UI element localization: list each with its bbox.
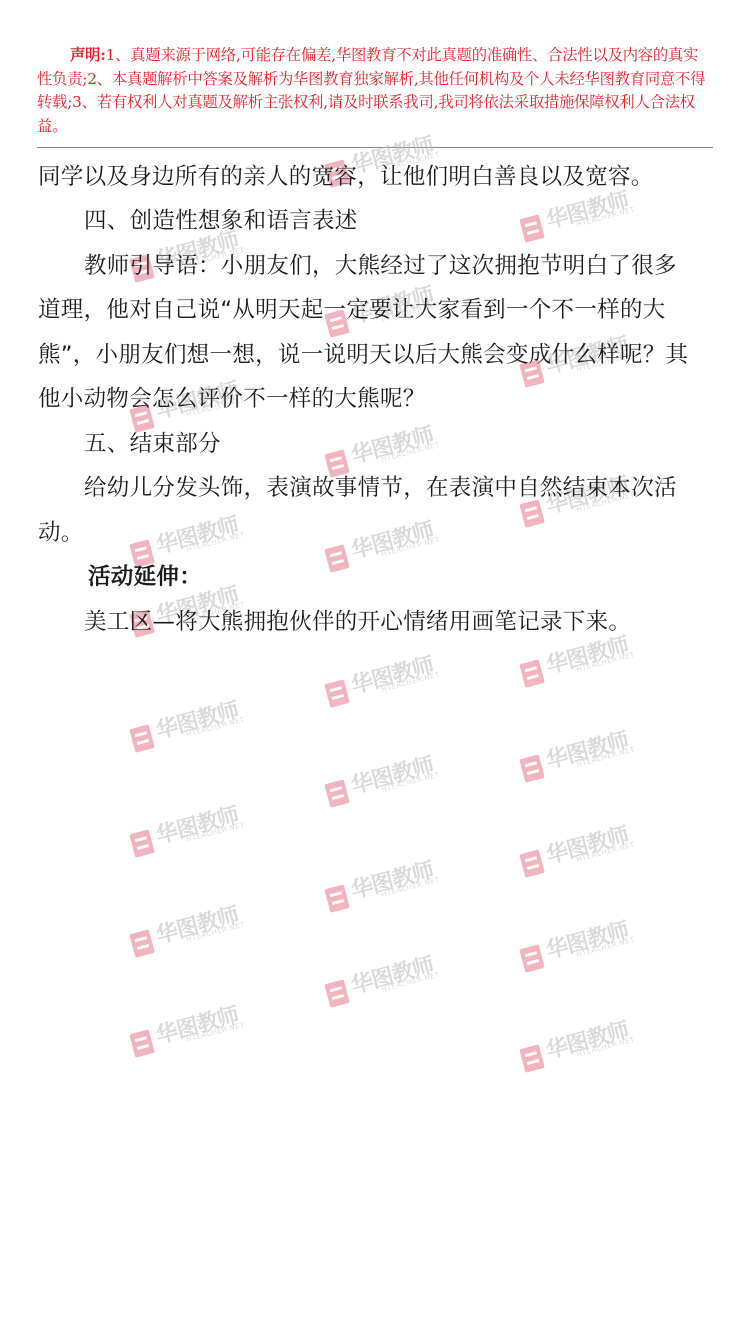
watermark-logo-icon: [129, 724, 155, 752]
watermark-subtext: HTEACHER.NET: [186, 716, 246, 739]
watermark-subtext: HTEACHER.NET: [381, 441, 441, 464]
paragraph-line: 教师引导语：小朋友们，大熊经过了这次拥抱节明白了很多: [84, 251, 677, 281]
watermark-logo-icon: [324, 884, 350, 912]
watermark-subtext: HTEACHER.NET: [576, 206, 636, 229]
watermark: 华图教师HTEACHER.NET: [127, 896, 244, 963]
watermark-text: 华图教师: [152, 898, 241, 950]
watermark-text: 华图教师: [347, 748, 436, 800]
watermark-text: 华图教师: [542, 1013, 631, 1065]
disclaimer-paragraph: 声明:1、真题来源于网络,可能存在偏差,华图教育不对此真题的准确性、合法性以及内…: [37, 44, 713, 138]
watermark-subtext: HTEACHER.NET: [186, 821, 246, 844]
watermark-text: 华图教师: [542, 723, 631, 775]
watermark-subtext: HTEACHER.NET: [576, 651, 636, 674]
watermark-text: 华图教师: [542, 818, 631, 870]
watermark-text: 华图教师: [542, 913, 631, 965]
watermark-subtext: HTEACHER.NET: [381, 876, 441, 899]
watermark-logo-icon: [519, 659, 545, 687]
watermark-subtext: HTEACHER.NET: [186, 921, 246, 944]
document-page: 声明:1、真题来源于网络,可能存在偏差,华图教育不对此真题的准确性、合法性以及内…: [0, 0, 748, 1335]
watermark-subtext: HTEACHER.NET: [576, 746, 636, 769]
watermark-text: 华图教师: [152, 693, 241, 745]
watermark-text: 华图教师: [347, 513, 436, 565]
watermark-logo-icon: [129, 829, 155, 857]
watermark-text: 华图教师: [347, 648, 436, 700]
watermark-subtext: HTEACHER.NET: [381, 671, 441, 694]
watermark-subtext: HTEACHER.NET: [381, 971, 441, 994]
paragraph-line: 熊”，小朋友们想一想，说一说明天以后大熊会变成什么样呢？其: [38, 340, 688, 370]
watermark-text: 华图教师: [152, 508, 241, 560]
watermark-subtext: HTEACHER.NET: [381, 771, 441, 794]
watermark: 华图教师HTEACHER.NET: [322, 746, 439, 813]
watermark: 华图教师HTEACHER.NET: [517, 721, 634, 788]
watermark-text: 华图教师: [347, 418, 436, 470]
watermark: 华图教师HTEACHER.NET: [322, 646, 439, 713]
watermark: 华图教师HTEACHER.NET: [322, 851, 439, 918]
watermark-logo-icon: [519, 499, 545, 527]
watermark-subtext: HTEACHER.NET: [186, 1021, 246, 1044]
watermark-logo-icon: [519, 944, 545, 972]
watermark-text: 华图教师: [347, 853, 436, 905]
watermark: 华图教师HTEACHER.NET: [517, 911, 634, 978]
watermark-logo-icon: [519, 849, 545, 877]
watermark-logo-icon: [324, 544, 350, 572]
watermark-text: 华图教师: [152, 998, 241, 1050]
paragraph-line: 同学以及身边所有的亲人的宽容，让他们明白善良以及宽容。: [38, 162, 654, 192]
watermark-logo-icon: [324, 779, 350, 807]
watermark: 华图教师HTEACHER.NET: [127, 996, 244, 1063]
watermark: 华图教师HTEACHER.NET: [322, 511, 439, 578]
disclaimer-lead: 声明:: [70, 46, 106, 64]
paragraph-line: 动。: [38, 518, 84, 548]
watermark-logo-icon: [519, 214, 545, 242]
header-divider: [37, 147, 713, 148]
watermark-text: 华图教师: [347, 948, 436, 1000]
disclaimer-text: 1、真题来源于网络,可能存在偏差,华图教育不对此真题的准确性、合法性以及内容的真…: [37, 46, 705, 135]
watermark: 华图教师HTEACHER.NET: [322, 946, 439, 1013]
watermark: 华图教师HTEACHER.NET: [517, 816, 634, 883]
watermark: 华图教师HTEACHER.NET: [517, 1011, 634, 1078]
watermark-logo-icon: [324, 979, 350, 1007]
watermark-subtext: HTEACHER.NET: [576, 936, 636, 959]
watermark-logo-icon: [324, 679, 350, 707]
watermark-subtext: HTEACHER.NET: [576, 841, 636, 864]
watermark: 华图教师HTEACHER.NET: [127, 796, 244, 863]
watermark-subtext: HTEACHER.NET: [186, 531, 246, 554]
watermark-logo-icon: [129, 929, 155, 957]
section-heading-4: 四、创造性想象和语言表述: [84, 206, 358, 236]
paragraph-line: 美工区—将大熊拥抱伙伴的开心情绪用画笔记录下来。: [84, 607, 631, 637]
watermark-subtext: HTEACHER.NET: [576, 1036, 636, 1059]
paragraph-line: 道理，他对自己说“从明天起一定要让大家看到一个不一样的大: [38, 295, 666, 325]
watermark-logo-icon: [519, 754, 545, 782]
paragraph-line: 给幼儿分发头饰，表演故事情节，在表演中自然结束本次活: [84, 473, 677, 503]
section-heading-5: 五、结束部分: [84, 429, 221, 459]
watermark-text: 华图教师: [152, 798, 241, 850]
watermark-subtext: HTEACHER.NET: [381, 536, 441, 559]
watermark: 华图教师HTEACHER.NET: [127, 691, 244, 758]
watermark-logo-icon: [129, 1029, 155, 1057]
paragraph-line: 他小动物会怎么评价不一样的大熊呢？: [38, 384, 426, 414]
activity-extension-heading: 活动延伸：: [88, 562, 202, 592]
watermark-logo-icon: [519, 1044, 545, 1072]
